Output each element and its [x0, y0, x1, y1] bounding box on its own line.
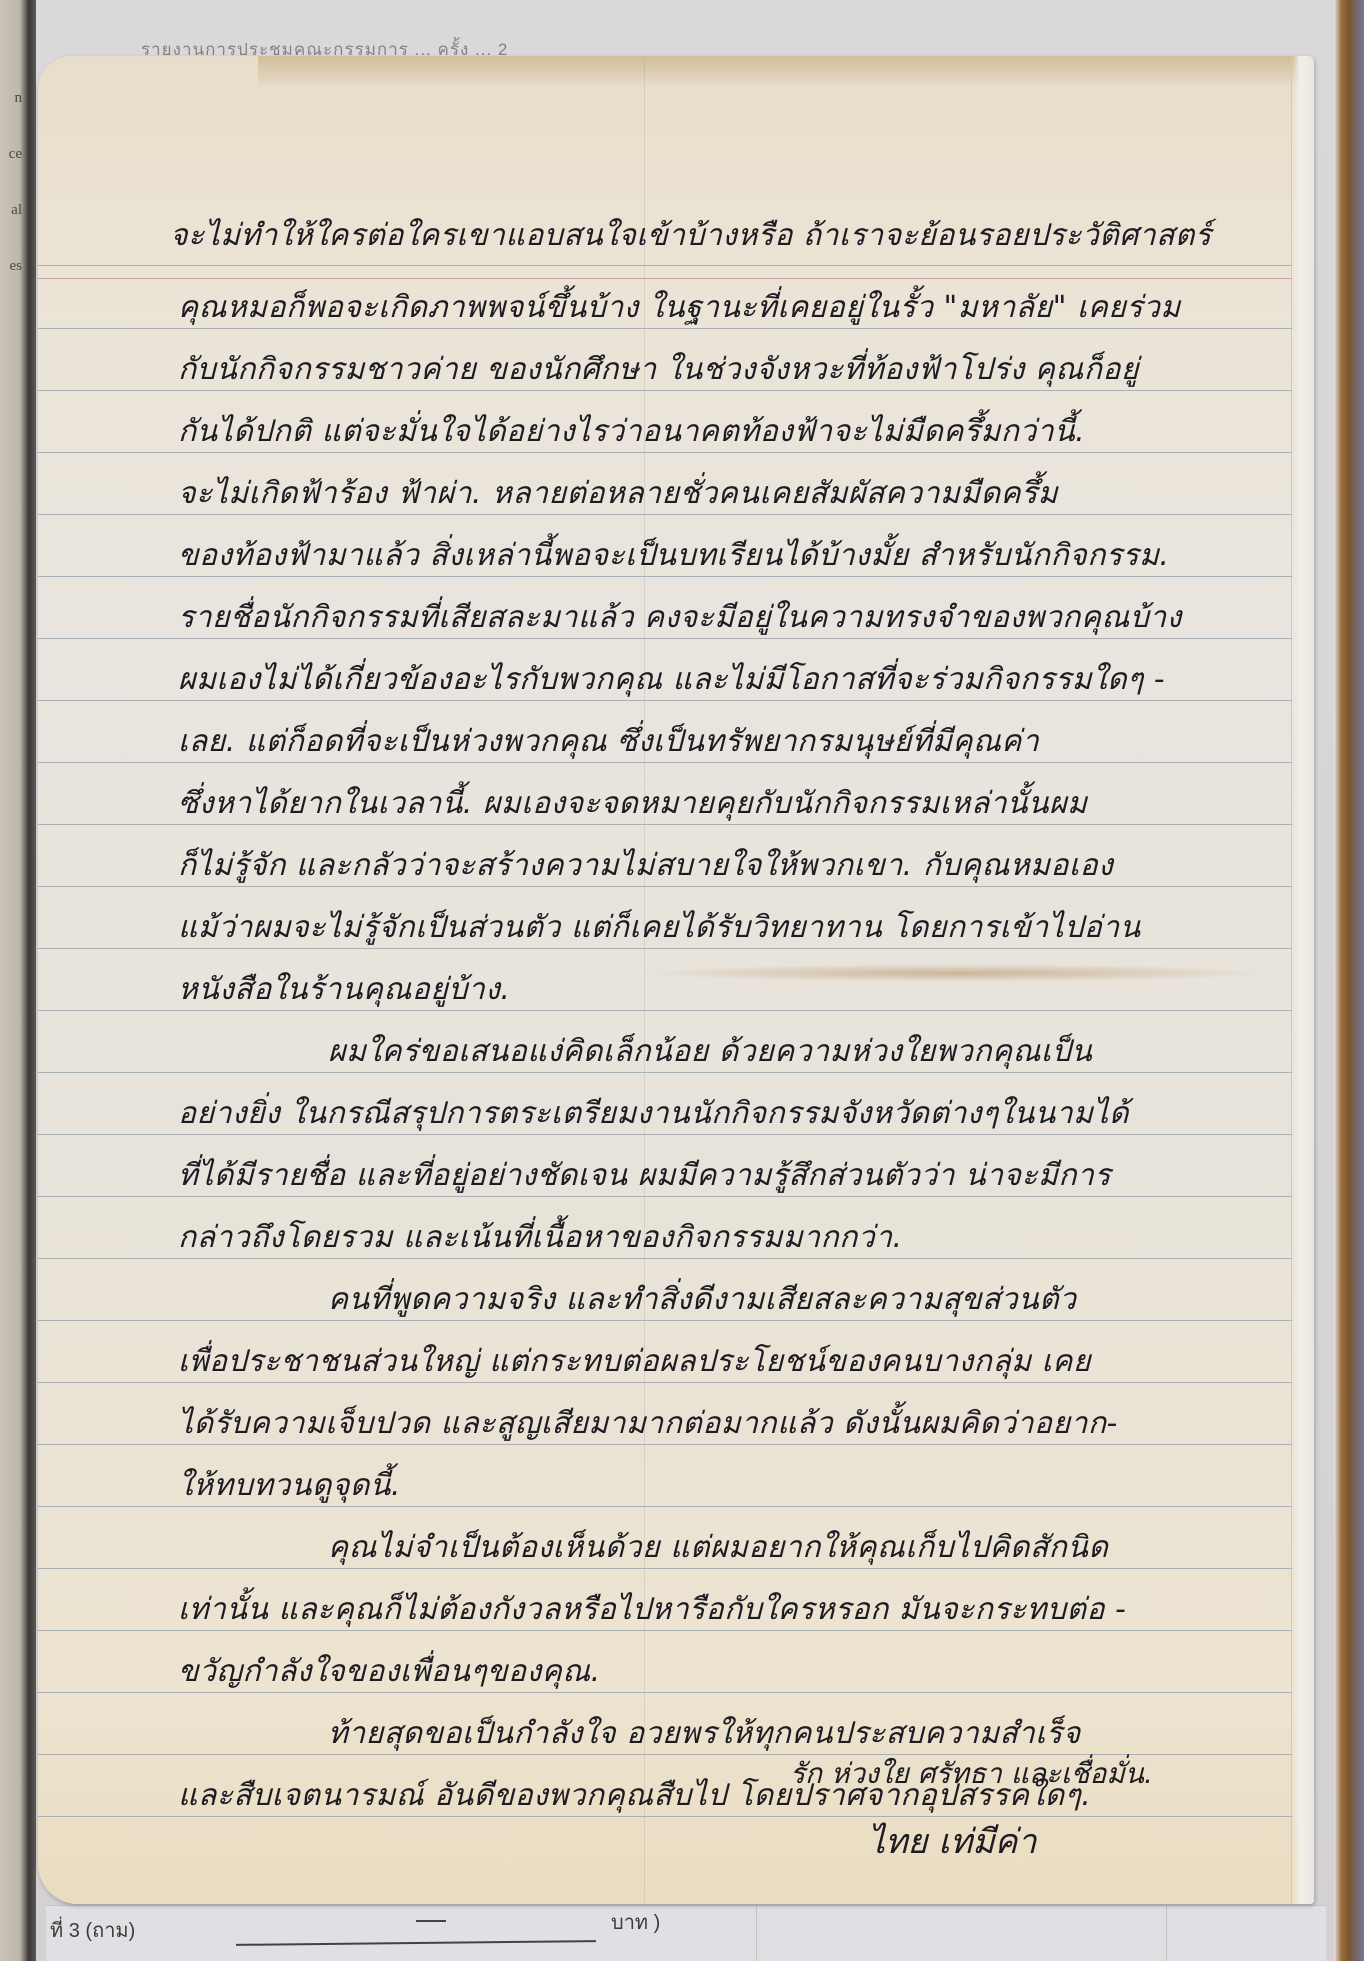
underlying-page-footer-form: ที่ 3 (ถาม) บาท ): [46, 1905, 1326, 1961]
footer-dash: [416, 1920, 446, 1922]
letter-line: กันได้ปกติ แต่จะมั่นใจได้อย่างไรว่าอนาคต…: [178, 412, 1085, 452]
ruled-line: [38, 1630, 1292, 1631]
letter-line: คุณหมอก็พอจะเกิดภาพพจน์ขึ้นบ้าง ในฐานะที…: [178, 288, 1181, 328]
letter-line: ที่ได้มีรายชื่อ และที่อยู่อย่างชัดเจน ผม…: [178, 1156, 1111, 1196]
ruled-line: [38, 1382, 1292, 1383]
letter-line: ผมเองไม่ได้เกี่ยวข้องอะไรกับพวกคุณ และไม…: [178, 660, 1165, 700]
letter-line: จะไม่เกิดฟ้าร้อง ฟ้าผ่า. หลายต่อหลายชั่ว…: [178, 474, 1058, 514]
footer-column-divider: [1166, 1906, 1167, 1961]
ruled-line: [38, 1444, 1292, 1445]
footer-blank-line: [236, 1940, 596, 1946]
ruled-line: [38, 1258, 1292, 1259]
torn-right-edge: [1291, 56, 1314, 1904]
left-margin-fragments: n ce al es: [0, 70, 22, 294]
letter-line: รายชื่อนักกิจกรรมที่เสียสละมาแล้ว คงจะมี…: [178, 598, 1182, 638]
ruled-line: [38, 452, 1292, 453]
letter-line: จะไม่ทำให้ใครต่อใครเขาแอบสนใจเข้าบ้างหรื…: [170, 216, 1212, 256]
ruled-line: [38, 1072, 1292, 1073]
ruled-line: [38, 1816, 1292, 1817]
footer-column-divider: [756, 1906, 757, 1961]
ruled-line: [38, 1010, 1292, 1011]
red-header-rule: [38, 278, 1292, 279]
red-header-rule: [38, 265, 1292, 266]
letter-line: ผมใคร่ขอเสนอแง่คิดเล็กน้อย ด้วยความห่วงใ…: [328, 1032, 1092, 1072]
letter-line: คุณไม่จำเป็นต้องเห็นด้วย แต่ผมอยากให้คุณ…: [328, 1528, 1108, 1568]
ruled-line: [38, 638, 1292, 639]
footer-baht-label: บาท ): [611, 1906, 660, 1938]
letter-line: ของท้องฟ้ามาแล้ว สิ่งเหล่านี้พอจะเป็นบทเ…: [178, 536, 1169, 576]
letter-line: ได้รับความเจ็บปวด และสูญเสียมามากต่อมากแ…: [178, 1404, 1118, 1444]
ruled-line: [38, 1320, 1292, 1321]
ruled-line: [38, 1196, 1292, 1197]
ruled-line: [38, 700, 1292, 701]
ruled-line: [38, 824, 1292, 825]
letter-line: คนที่พูดความจริง และทำสิ่งดีงามเสียสละคว…: [328, 1280, 1076, 1320]
letter-line: แม้ว่าผมจะไม่รู้จักเป็นส่วนตัว แต่ก็เคยไ…: [178, 908, 1141, 948]
margin-fragment: al: [0, 182, 22, 238]
handwritten-letter-sheet: จะไม่ทำให้ใครต่อใครเขาแอบสนใจเข้าบ้างหรื…: [38, 56, 1314, 1904]
letter-line: กล่าวถึงโดยรวม และเน้นที่เนื้อหาของกิจกร…: [178, 1218, 903, 1258]
letter-line: ขวัญกำลังใจของเพื่อนๆของคุณ.: [178, 1652, 601, 1692]
ruled-line: [38, 1568, 1292, 1569]
letter-line: หนังสือในร้านคุณอยู่บ้าง.: [178, 970, 510, 1010]
letter-line: เลย. แต่ก็อดที่จะเป็นห่วงพวกคุณ ซึ่งเป็น…: [178, 722, 1039, 762]
ruled-line: [38, 1692, 1292, 1693]
letter-line: ให้ทบทวนดูจุดนี้.: [178, 1466, 401, 1506]
book-right-edge: [1334, 0, 1364, 1961]
book-binding-left: n ce al es: [0, 0, 36, 1961]
margin-fragment: ce: [0, 126, 22, 182]
letter-line: ท้ายสุดขอเป็นกำลังใจ อวยพรให้ทุกคนประสบค…: [328, 1714, 1081, 1754]
letter-line: เพื่อประชาชนส่วนใหญ่ แต่กระทบต่อผลประโยช…: [178, 1342, 1091, 1382]
ruled-line: [38, 514, 1292, 515]
ruled-line: [38, 328, 1292, 329]
paper-stain: [258, 56, 1298, 88]
ruled-line: [38, 762, 1292, 763]
ruled-line: [38, 576, 1292, 577]
ruled-line: [38, 1134, 1292, 1135]
letter-signature: ไทย เท่มีค่า: [868, 1814, 1037, 1868]
letter-line: กับนักกิจกรรมชาวค่าย ของนักศึกษา ในช่วงจ…: [178, 350, 1139, 390]
letter-line: ก็ไม่รู้จัก และกลัวว่าจะสร้างความไม่สบาย…: [178, 846, 1113, 886]
margin-fragment: es: [0, 238, 22, 294]
letter-line: อย่างยิ่ง ในกรณีสรุปการตระเตรียมงานนักกิ…: [178, 1094, 1129, 1134]
ruled-line: [38, 948, 1292, 949]
ruled-line: [38, 1506, 1292, 1507]
margin-fragment: n: [0, 70, 22, 126]
footer-form-label: ที่ 3 (ถาม): [50, 1914, 135, 1946]
letter-line: ซึ่งหาได้ยากในเวลานี้. ผมเองจะจดหมายคุยก…: [178, 784, 1087, 824]
paper-stain: [638, 964, 1278, 982]
ruled-line: [38, 886, 1292, 887]
letter-line: เท่านั้น และคุณก็ไม่ต้องกังวลหรือไปหารือ…: [178, 1590, 1126, 1630]
ruled-line: [38, 390, 1292, 391]
letter-closing: รัก ห่วงใย ศรัทธา และเชื่อมั่น.: [790, 1752, 1153, 1796]
